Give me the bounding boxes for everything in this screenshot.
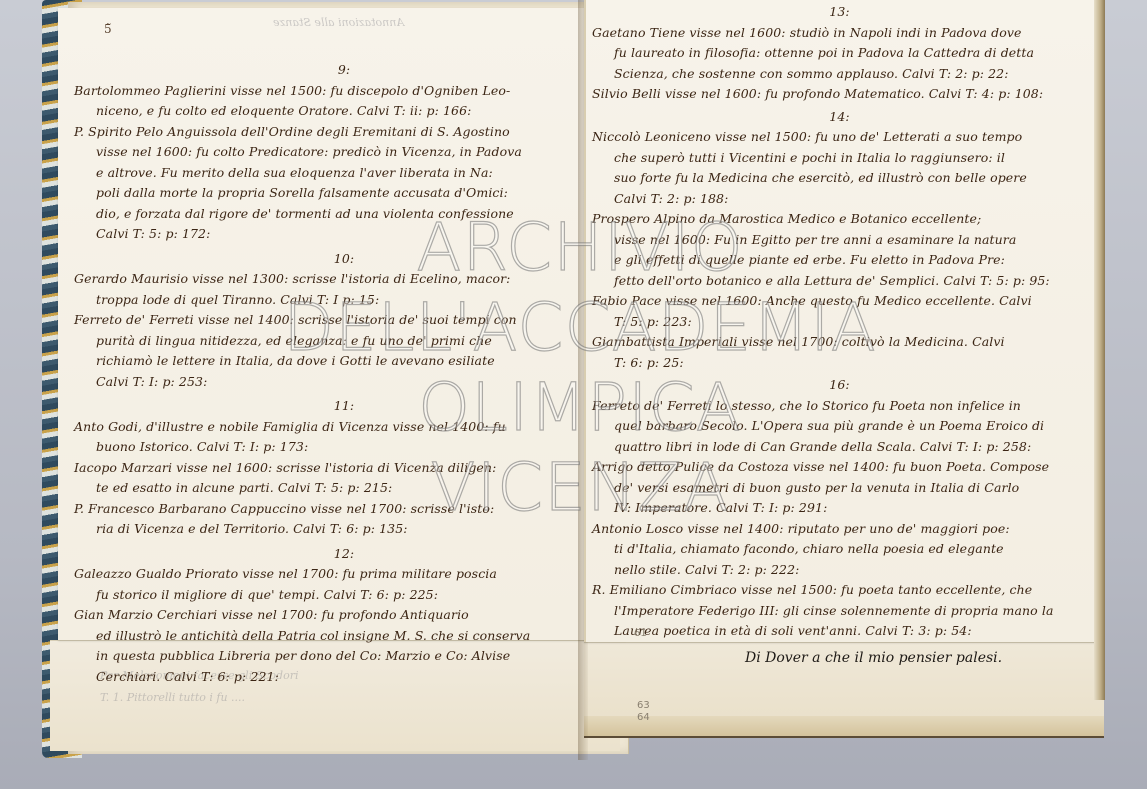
text-line: suo forte fu la Medicina che esercitò, e… — [592, 168, 1087, 189]
text-line: Anto Godi, d'illustre e nobile Famiglia … — [74, 417, 614, 438]
text-line: Cerchiari. Calvi T: 6: p: 221: — [74, 667, 614, 688]
text-line: Ferreto de' Ferreti visse nel 1400: scri… — [74, 310, 614, 331]
left-page-text: 9: Bartolommeo Paglierini visse nel 1500… — [74, 60, 614, 687]
folio-number: 63 — [637, 700, 650, 711]
text-line: nello stile. Calvi T: 2: p: 222: — [592, 560, 1087, 581]
right-page-text: 13: Gaetano Tiene visse nel 1600: studiò… — [592, 2, 1087, 642]
section-number: 16: — [592, 375, 1087, 396]
section-number: 12: — [74, 544, 614, 565]
text-line: fetto dell'orto botanico e alla Lettura … — [592, 271, 1087, 292]
text-line: e altrove. Fu merito della sua eloquenza… — [74, 163, 614, 184]
text-line: Antonio Losco visse nel 1400: riputato p… — [592, 519, 1087, 540]
text-line: troppa lode di quel Tiranno. Calvi T: I … — [74, 290, 614, 311]
text-line: Gerardo Maurisio visse nel 1300: scrisse… — [74, 269, 614, 290]
section-number: 9: — [74, 60, 614, 81]
text-line: purità di lingua nitidezza, ed eleganza:… — [74, 331, 614, 352]
text-line: Galeazzo Gualdo Priorato visse nel 1700:… — [74, 564, 614, 585]
text-line: richiamò le lettere in Italia, da dove i… — [74, 351, 614, 372]
section-number: 11: — [74, 396, 614, 417]
section-number: 14: — [592, 107, 1087, 128]
text-line: in questa pubblica Libreria per dono del… — [74, 646, 614, 667]
text-line: R. Emiliano Cimbriaco visse nel 1500: fu… — [592, 580, 1087, 601]
text-line: Scienza, che sostenne con sommo applauso… — [592, 64, 1087, 85]
right-page: 13: Gaetano Tiene visse nel 1600: studiò… — [584, 0, 1096, 642]
text-line: dio, e forzata dal rigore de' tormenti a… — [74, 204, 614, 225]
text-line: Calvi T: 5: p: 172: — [74, 224, 614, 245]
text-line: che superò tutti i Vicentini e pochi in … — [592, 148, 1087, 169]
text-line: P. Francesco Barbarano Cappuccino visse … — [74, 499, 614, 520]
text-line: Calvi T: I: p: 253: — [74, 372, 614, 393]
text-line: Fabio Pace visse nel 1600: Anche questo … — [592, 291, 1087, 312]
slip-handwritten-line: Di Dover a che il mio pensier palesi. — [745, 650, 1002, 666]
text-line: quattro libri in lode di Can Grande dell… — [592, 437, 1087, 458]
bleed-through-heading: Annotazioni alle Stanze — [273, 16, 404, 29]
text-line: ed illustrò le antichità della Patria co… — [74, 626, 614, 647]
text-line: T: 6: p: 25: — [592, 353, 1087, 374]
text-line: ria di Vicenza e del Territorio. Calvi T… — [74, 519, 614, 540]
text-line: ti d'Italia, chiamato facondo, chiaro ne… — [592, 539, 1087, 560]
text-line: T: 5: p: 223: — [592, 312, 1087, 333]
text-line: Laurea poetica in età di soli vent'anni.… — [592, 621, 1087, 642]
text-line: Prospero Alpino da Marostica Medico e Bo… — [592, 209, 1087, 230]
section-number: 13: — [592, 2, 1087, 23]
text-line: l'Imperatore Federigo III: gli cinse sol… — [592, 601, 1087, 622]
text-line: te ed esatto in alcune parti. Calvi T: 5… — [74, 478, 614, 499]
text-line: buono Istorico. Calvi T: I: p: 173: — [74, 437, 614, 458]
text-line: Bartolommeo Paglierini visse nel 1500: f… — [74, 81, 614, 102]
text-line: e gli effetti di quelle piante ed erbe. … — [592, 250, 1087, 271]
right-page-edge — [1094, 0, 1105, 700]
text-line: Ferreto de' Ferreti lo stesso, che lo St… — [592, 396, 1087, 417]
left-page: 5̃ Annotazioni alle Stanze 9: Bartolomme… — [58, 8, 626, 640]
page-stack-edge — [584, 716, 1104, 738]
bleed-through-line: T. 1. Pittorelli tutto i fu .... — [100, 691, 245, 704]
section-number: 10: — [74, 249, 614, 270]
text-line: Calvi T: 2: p: 188: — [592, 189, 1087, 210]
text-line: fu storico il migliore di que' tempi. Ca… — [74, 585, 614, 606]
folio-number: 64 — [637, 712, 650, 723]
text-line: Silvio Belli visse nel 1600: fu profondo… — [592, 84, 1087, 105]
text-line: fu laureato in filosofia: ottenne poi in… — [592, 43, 1087, 64]
text-line: Gaetano Tiene visse nel 1600: studiò in … — [592, 23, 1087, 44]
text-line: Arrigo detto Pulice da Costoza visse nel… — [592, 457, 1087, 478]
text-line: visse nel 1600: fu colto Predicatore: pr… — [74, 142, 614, 163]
text-line: niceno, e fu colto ed eloquente Oratore.… — [74, 101, 614, 122]
text-line: P. Spirito Pelo Anguissola dell'Ordine d… — [74, 122, 614, 143]
text-line: IV: Imperatore. Calvi T: I: p: 291: — [592, 498, 1087, 519]
text-line: de' versi esametri di buon gusto per la … — [592, 478, 1087, 499]
text-line: poli dalla morte la propria Sorella fals… — [74, 183, 614, 204]
folio-number: 61 — [634, 628, 647, 639]
text-line: Niccolò Leoniceno visse nel 1500: fu uno… — [592, 127, 1087, 148]
text-line: visse nel 1600: Fu in Egitto per tre ann… — [592, 230, 1087, 251]
text-line: Giambattista Imperiali visse nel 1700: c… — [592, 332, 1087, 353]
text-line: quel barbaro Secolo. L'Opera sua più gra… — [592, 416, 1087, 437]
text-line: Gian Marzio Cerchiari visse nel 1700: fu… — [74, 605, 614, 626]
text-line: Iacopo Marzari visse nel 1600: scrisse l… — [74, 458, 614, 479]
corner-mark: 5̃ — [104, 22, 112, 36]
